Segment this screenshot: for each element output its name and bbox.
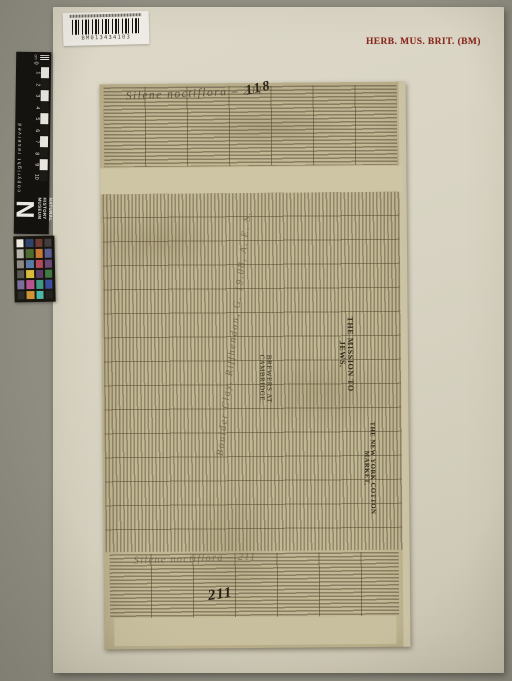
nhm-logo-name: NATURAL HISTORY MUSEUM — [37, 197, 54, 221]
ruler-segment: 2 — [34, 79, 49, 91]
annotation-specimen-number: 211 — [207, 585, 234, 605]
ruler-segment: 7 — [33, 136, 48, 148]
color-patch — [35, 239, 42, 247]
color-patch — [27, 291, 34, 299]
color-patch — [26, 260, 33, 268]
barcode-caption-line — [70, 13, 142, 18]
herbarium-stamp: HERB. MUS. BRIT. (BM) — [366, 37, 481, 47]
color-patch — [45, 280, 52, 288]
color-patch — [17, 270, 24, 278]
newspaper-clipping: THE MISSION TO JEWS. THE NEW YORK COTTON… — [100, 82, 411, 650]
nhm-logo-icon: N — [11, 200, 36, 218]
color-patch — [44, 249, 51, 257]
ruler-copyright-text: copyright reserved — [16, 74, 24, 192]
annotation-band — [100, 166, 402, 195]
ruler-segment: 3 — [34, 90, 49, 102]
ruler-segment: 4 — [33, 102, 48, 114]
ruler-ticks-icon — [40, 55, 49, 60]
headline-brewers-at-cambridge: BREWERS AT CAMBRIDGE. — [258, 333, 272, 425]
color-patch — [36, 290, 43, 298]
nhm-logo-line: NATURAL — [48, 197, 54, 221]
ruler-zero-label: 0 — [33, 61, 39, 64]
nhm-logo-line: MUSEUM — [37, 197, 43, 221]
specimen-photo: BM013434103 HERB. MUS. BRIT. (BM) copyri… — [0, 0, 512, 681]
ruler-segment: 1 — [34, 67, 49, 79]
color-patch — [26, 280, 33, 288]
color-patch — [45, 259, 52, 267]
color-calibration-card — [13, 236, 55, 303]
ruler-number: 7 — [30, 139, 42, 145]
color-patch — [17, 260, 24, 268]
color-patch — [35, 249, 42, 257]
color-patch — [17, 291, 24, 299]
color-patch — [26, 239, 33, 247]
color-patch — [17, 281, 24, 289]
color-patch — [44, 239, 51, 247]
ruler-segment: 5 — [33, 113, 48, 125]
barcode-number: BM013434103 — [67, 34, 145, 42]
ruler-unit-label: cm — [34, 54, 38, 59]
color-patch — [26, 249, 33, 257]
ruler-segment: 8 — [33, 148, 48, 160]
ruler-scale-head: cm 0 — [34, 54, 49, 67]
ruler-number: 9 — [30, 162, 42, 168]
barcode-label: BM013434103 — [63, 11, 150, 46]
ruler-number: 10 — [30, 173, 42, 179]
ruler-segment: 10 — [32, 171, 47, 183]
ruler-number: 4 — [31, 104, 43, 110]
color-patch — [36, 280, 43, 288]
ruler-number: 6 — [30, 127, 42, 133]
ruler-number: 8 — [30, 150, 42, 156]
ruler-scale: cm 0 12345678910 — [32, 54, 49, 182]
color-patch — [45, 290, 52, 298]
ruler-number: 3 — [31, 93, 43, 99]
nhm-logo-line: HISTORY — [42, 197, 48, 221]
color-patch — [45, 270, 52, 278]
ruler-number: 5 — [31, 116, 43, 122]
scale-ruler: copyright reserved cm 0 12345678910 N NA… — [14, 52, 52, 234]
newsprint-rotated-section — [103, 192, 403, 553]
color-patch — [35, 259, 42, 267]
ruler-number: 1 — [31, 70, 43, 76]
newsprint-bottom-strip — [114, 616, 396, 646]
color-patch — [36, 270, 43, 278]
ruler-segment: 6 — [33, 125, 48, 137]
color-patch — [26, 270, 33, 278]
headline-new-york-cotton-market: THE NEW YORK COTTON MARKET. — [362, 420, 376, 516]
color-patch — [17, 250, 24, 258]
headline-mission-to-jews: THE MISSION TO JEWS. — [338, 306, 354, 402]
color-patch — [16, 239, 23, 247]
barcode-icon — [71, 18, 140, 35]
ruler-number: 2 — [31, 81, 43, 87]
ruler-segment: 9 — [33, 159, 48, 171]
